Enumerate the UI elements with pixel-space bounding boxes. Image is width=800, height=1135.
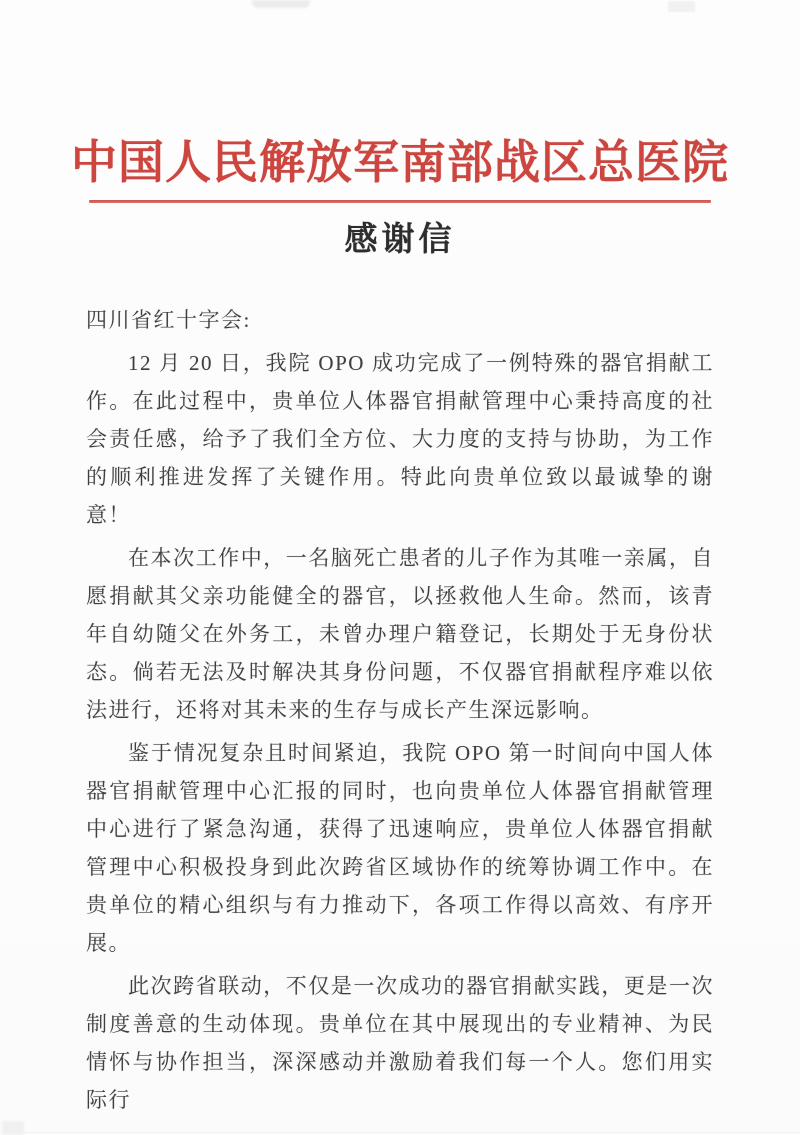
scan-artifact-top-left (252, 0, 310, 8)
letter-paragraph: 此次跨省联动，不仅是一次成功的器官捐献实践，更是一次制度善意的生动体现。贵单位在… (86, 967, 714, 1119)
letter-paragraph: 鉴于情况复杂且时间紧迫，我院 OPO 第一时间向中国人体器官捐献管理中心汇报的同… (86, 734, 714, 962)
salutation: 四川省红十字会: (86, 301, 714, 339)
letter-page: 中国人民解放军南部战区总医院 感谢信 四川省红十字会: 12 月 20 日，我院… (0, 0, 800, 1135)
letter-title: 感谢信 (0, 213, 800, 260)
letterhead: 中国人民解放军南部战区总医院 感谢信 (0, 138, 800, 260)
letter-body: 四川省红十字会: 12 月 20 日，我院 OPO 成功完成了一例特殊的器官捐献… (86, 301, 714, 1119)
letter-paragraph: 12 月 20 日，我院 OPO 成功完成了一例特殊的器官捐献工作。在此过程中，… (86, 344, 714, 534)
letterhead-divider (89, 200, 711, 203)
organization-name: 中国人民解放军南部战区总医院 (0, 138, 800, 189)
letter-paragraph: 在本次工作中，一名脑死亡患者的儿子作为其唯一亲属，自愿捐献其父亲功能健全的器官，… (86, 539, 714, 729)
scan-artifact-top-right (668, 1, 695, 12)
scan-artifact-bottom-edge (0, 1132, 800, 1133)
